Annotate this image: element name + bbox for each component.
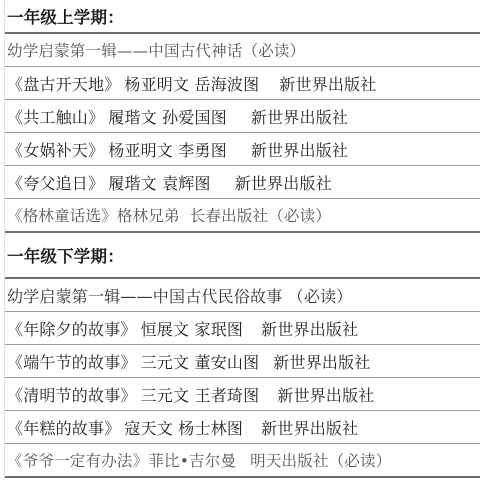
- book-publisher: 新世界出版社: [273, 350, 370, 373]
- book-row: 《夸父追日》 履瑎文 袁辉图 新世界出版社: [5, 166, 480, 199]
- book-title: 《夸父追日》: [7, 171, 104, 194]
- book-title: 《格林童话选》: [7, 204, 117, 226]
- series-row: 幼学启蒙第一辑——中国古代神话（必读）: [5, 34, 480, 67]
- book-credits: 杨亚明文 岳海波图: [124, 72, 259, 95]
- section-heading-grade1-spring: 一年级下学期：: [5, 233, 480, 279]
- book-row: 《年糕的故事》 寇天文 杨士林图 新世界出版社: [5, 411, 480, 444]
- book-title: 《女娲补天》: [7, 138, 104, 161]
- book-row: 《盘古开天地》 杨亚明文 岳海波图 新世界出版社: [5, 67, 480, 100]
- book-publisher: 新世界出版社: [277, 383, 374, 406]
- book-publisher: 长春出版社（必读）: [190, 204, 331, 226]
- book-publisher: 新世界出版社: [261, 317, 358, 340]
- book-row: 《清明节的故事》 三元文 王者琦图 新世界出版社: [5, 378, 480, 411]
- series-row: 幼学启蒙第一辑——中国古代民俗故事 （必读）: [5, 279, 480, 312]
- section-heading-text: 一年级上学期：: [7, 4, 124, 28]
- extra-book-row: 《爷爷一定有办法》 菲比•吉尔曼 明天出版社（必读）: [5, 444, 480, 478]
- book-title: 《爷爷一定有办法》: [7, 449, 148, 471]
- reading-list-document: 一年级上学期： 幼学启蒙第一辑——中国古代神话（必读） 《盘古开天地》 杨亚明文…: [4, 0, 480, 478]
- book-publisher: 新世界出版社: [279, 72, 376, 95]
- extra-book-row: 《格林童话选》 格林兄弟 长春出版社（必读）: [5, 199, 480, 233]
- book-title: 《盘古开天地》: [7, 72, 120, 95]
- section-heading-text: 一年级下学期：: [7, 243, 124, 267]
- book-publisher: 明天出版社（必读）: [250, 449, 391, 471]
- book-title: 《年除夕的故事》: [7, 317, 137, 340]
- book-credits: 三元文 王者琦图: [141, 383, 260, 406]
- book-credits: 菲比•吉尔曼: [148, 449, 236, 471]
- book-title: 《共工触山》: [7, 105, 104, 128]
- book-row: 《年除夕的故事》 恒展文 家珉图 新世界出版社: [5, 312, 480, 345]
- book-title: 《端午节的故事》: [7, 350, 137, 373]
- book-publisher: 新世界出版社: [251, 105, 348, 128]
- book-row: 《共工触山》 履瑎文 孙爱国图 新世界出版社: [5, 100, 480, 133]
- book-credits: 履瑎文 孙爱国图: [108, 105, 227, 128]
- book-credits: 履瑎文 袁辉图: [108, 171, 211, 194]
- book-credits: 格林兄弟: [117, 204, 180, 226]
- book-title: 《清明节的故事》: [7, 383, 137, 406]
- section-heading-grade1-fall: 一年级上学期：: [5, 0, 480, 34]
- series-title: 幼学启蒙第一辑——中国古代神话（必读）: [7, 39, 305, 61]
- book-publisher: 新世界出版社: [235, 171, 332, 194]
- book-credits: 恒展文 家珉图: [141, 317, 244, 340]
- book-credits: 杨亚明文 李勇图: [108, 138, 227, 161]
- book-publisher: 新世界出版社: [251, 138, 348, 161]
- book-row: 《端午节的故事》 三元文 董安山图 新世界出版社: [5, 345, 480, 378]
- series-title: 幼学启蒙第一辑——中国古代民俗故事 （必读）: [7, 284, 353, 307]
- book-title: 《年糕的故事》: [7, 416, 120, 439]
- book-row: 《女娲补天》 杨亚明文 李勇图 新世界出版社: [5, 133, 480, 166]
- book-credits: 三元文 董安山图: [141, 350, 260, 373]
- book-publisher: 新世界出版社: [261, 416, 358, 439]
- book-credits: 寇天文 杨士林图: [124, 416, 243, 439]
